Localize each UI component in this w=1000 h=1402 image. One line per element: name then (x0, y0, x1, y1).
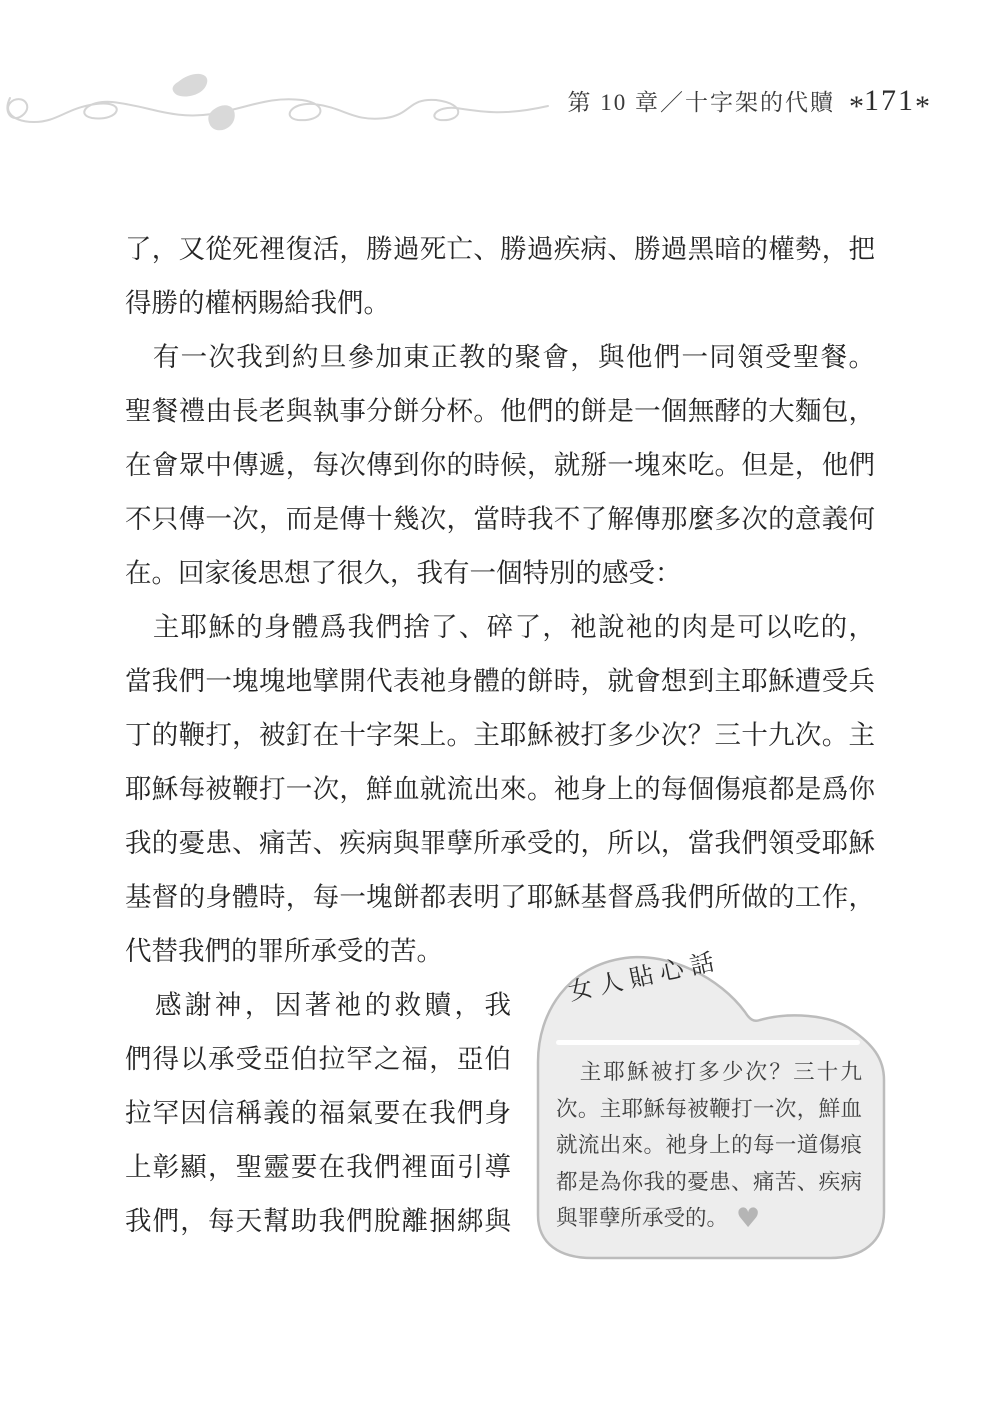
paragraph: 主耶穌的身體爲我們捨了、碎了，祂說祂的肉是可以吃的， 當我們一塊塊地擘開代表祂身… (125, 600, 875, 978)
text-line: 我們，每天幫助我們脫離捆綁與 (125, 1194, 511, 1248)
heart-icon: ♥ (736, 1203, 760, 1234)
callout-line: 與罪孽所承受的。♥ (556, 1200, 862, 1238)
paragraph: 了，又從死裡復活，勝過死亡、勝過疾病、勝過黑暗的權勢，把 得勝的權柄賜給我們。 (125, 222, 875, 330)
asterisk-icon: * (915, 92, 930, 122)
text-line: 不只傳一次，而是傳十幾次，當時我不了解傳那麼多次的意義何 (125, 492, 875, 546)
callout-line: 次。主耶穌每被鞭打一次，鮮血 (556, 1091, 862, 1128)
text-line: 在會眾中傳遞，每次傳到你的時候，就掰一塊來吃。但是，他們 (125, 438, 875, 492)
text-line: 們得以承受亞伯拉罕之福，亞伯 (125, 1032, 511, 1086)
paragraph: 感謝神，因著祂的救贖，我 們得以承受亞伯拉罕之福，亞伯 拉罕因信稱義的福氣要在我… (125, 978, 511, 1248)
text-line: 得勝的權柄賜給我們。 (125, 276, 875, 330)
leaf-icon (208, 105, 234, 130)
text-line: 聖餐禮由長老與執事分餅分杯。他們的餅是一個無酵的大麵包， (125, 384, 875, 438)
text-line: 丁的鞭打，被釘在十字架上。主耶穌被打多少次？三十九次。主 (125, 708, 875, 762)
text-line: 上彰顯，聖靈要在我們裡面引導 (125, 1140, 511, 1194)
callout-line: 就流出來。祂身上的每一道傷痕 (556, 1127, 862, 1164)
text-line: 我的憂患、痛苦、疾病與罪孽所承受的，所以，當我們領受耶穌 (125, 816, 875, 870)
text-line: 耶穌每被鞭打一次，鮮血就流出來。祂身上的每個傷痕都是爲你 (125, 762, 875, 816)
paragraph: 有一次我到約旦參加東正教的聚會，與他們一同領受聖餐。 聖餐禮由長老與執事分餅分杯… (125, 330, 875, 600)
text-line: 拉罕因信稱義的福氣要在我們身 (125, 1086, 511, 1140)
flourish-line (7, 98, 548, 122)
text-line: 當我們一塊塊地擘開代表祂身體的餅時，就會想到主耶穌遭受兵 (125, 654, 875, 708)
page-header: 第 10 章／十字架的代贖 *171* (568, 84, 931, 117)
text-line: 主耶穌的身體爲我們捨了、碎了，祂說祂的肉是可以吃的， (125, 600, 875, 654)
book-page: 第 10 章／十字架的代贖 *171* 了，又從死裡復活，勝過死亡、勝過疾病、勝… (0, 0, 1000, 1402)
callout-line: 主耶穌被打多少次？三十九 (556, 1054, 862, 1091)
text-line: 了，又從死裡復活，勝過死亡、勝過疾病、勝過黑暗的權勢，把 (125, 222, 875, 276)
leaf-icon (173, 74, 208, 97)
page-number: *171* (849, 86, 930, 116)
decorative-flourish-icon (0, 68, 560, 152)
callout-text: 主耶穌被打多少次？三十九 次。主耶穌每被鞭打一次，鮮血 就流出來。祂身上的每一道… (556, 1054, 862, 1238)
asterisk-icon: * (849, 92, 864, 122)
chapter-title: 第 10 章／十字架的代贖 (568, 84, 836, 117)
text-line: 在。回家後思想了很久，我有一個特別的感受： (125, 546, 875, 600)
text-line: 有一次我到約旦參加東正教的聚會，與他們一同領受聖餐。 (125, 330, 875, 384)
text-line: 基督的身體時，每一塊餅都表明了耶穌基督爲我們所做的工作， (125, 870, 875, 924)
callout-divider (556, 1040, 860, 1045)
callout-line: 都是為你我的憂患、痛苦、疾病 (556, 1164, 862, 1201)
text-line: 感謝神，因著祂的救贖，我 (125, 978, 511, 1032)
